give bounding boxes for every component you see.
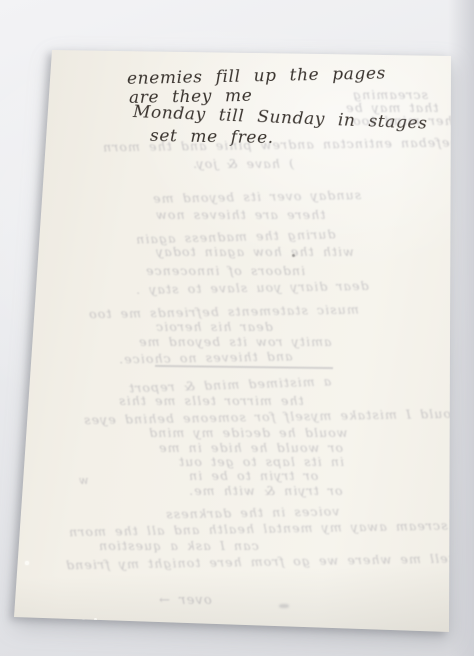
photo-background: enemies fill up the pages are they me Mo… bbox=[0, 0, 474, 656]
paper-shadow: enemies fill up the pages are they me Mo… bbox=[0, 0, 474, 656]
bleedthrough-line: can I ask a question bbox=[98, 538, 259, 553]
bleedthrough-line: scream away my mental health and all the… bbox=[68, 518, 448, 540]
bleedthrough-line: there are thieves now bbox=[155, 207, 325, 222]
handwriting-line: enemies fill up the pages bbox=[127, 64, 386, 89]
bleedthrough-line: or would he hide in me bbox=[158, 440, 343, 455]
bleedthrough-line: and thieves no choice. bbox=[118, 348, 293, 366]
bleedthrough-line: indoors of innocence bbox=[145, 263, 305, 278]
bleedthrough-line: amity row its beyond me bbox=[138, 334, 332, 349]
bleedthrough-over-note: over → bbox=[158, 593, 212, 608]
bleedthrough-line: in its laps to get out bbox=[178, 454, 344, 469]
bleedthrough-underline bbox=[155, 365, 333, 369]
paper-speck bbox=[292, 254, 295, 257]
bleedthrough-line: dear diary you slave to stay . bbox=[135, 278, 369, 297]
bleedthrough-line: or tryin to be in bbox=[188, 468, 318, 483]
bleedthrough-line: would he decide my mind bbox=[148, 425, 348, 440]
paper-speck bbox=[81, 619, 86, 623]
bleedthrough-line: the mirror tells me this bbox=[118, 393, 304, 408]
bleedthrough-line: dear his heroic bbox=[155, 319, 273, 334]
bleedthrough-line: her mind too bbox=[352, 113, 453, 128]
bleedthrough-line: ) have & joy. bbox=[192, 156, 294, 171]
bleedthrough-margin-mark: w bbox=[78, 474, 89, 487]
bleedthrough-line: with the how again today bbox=[155, 244, 354, 259]
bleedthrough-line: tell me where we go from here tonight my… bbox=[65, 551, 454, 573]
paper-speck bbox=[94, 618, 97, 621]
paper-speck bbox=[25, 561, 29, 565]
bleedthrough-line: sunday over its beyond me bbox=[152, 187, 361, 206]
paper-smudge bbox=[279, 604, 289, 608]
bleedthrough-line: or tryin & with me. bbox=[188, 483, 343, 498]
bleedthrough-line: voices in the darkness bbox=[165, 503, 340, 521]
paper-sheet: enemies fill up the pages are they me Mo… bbox=[0, 0, 474, 656]
